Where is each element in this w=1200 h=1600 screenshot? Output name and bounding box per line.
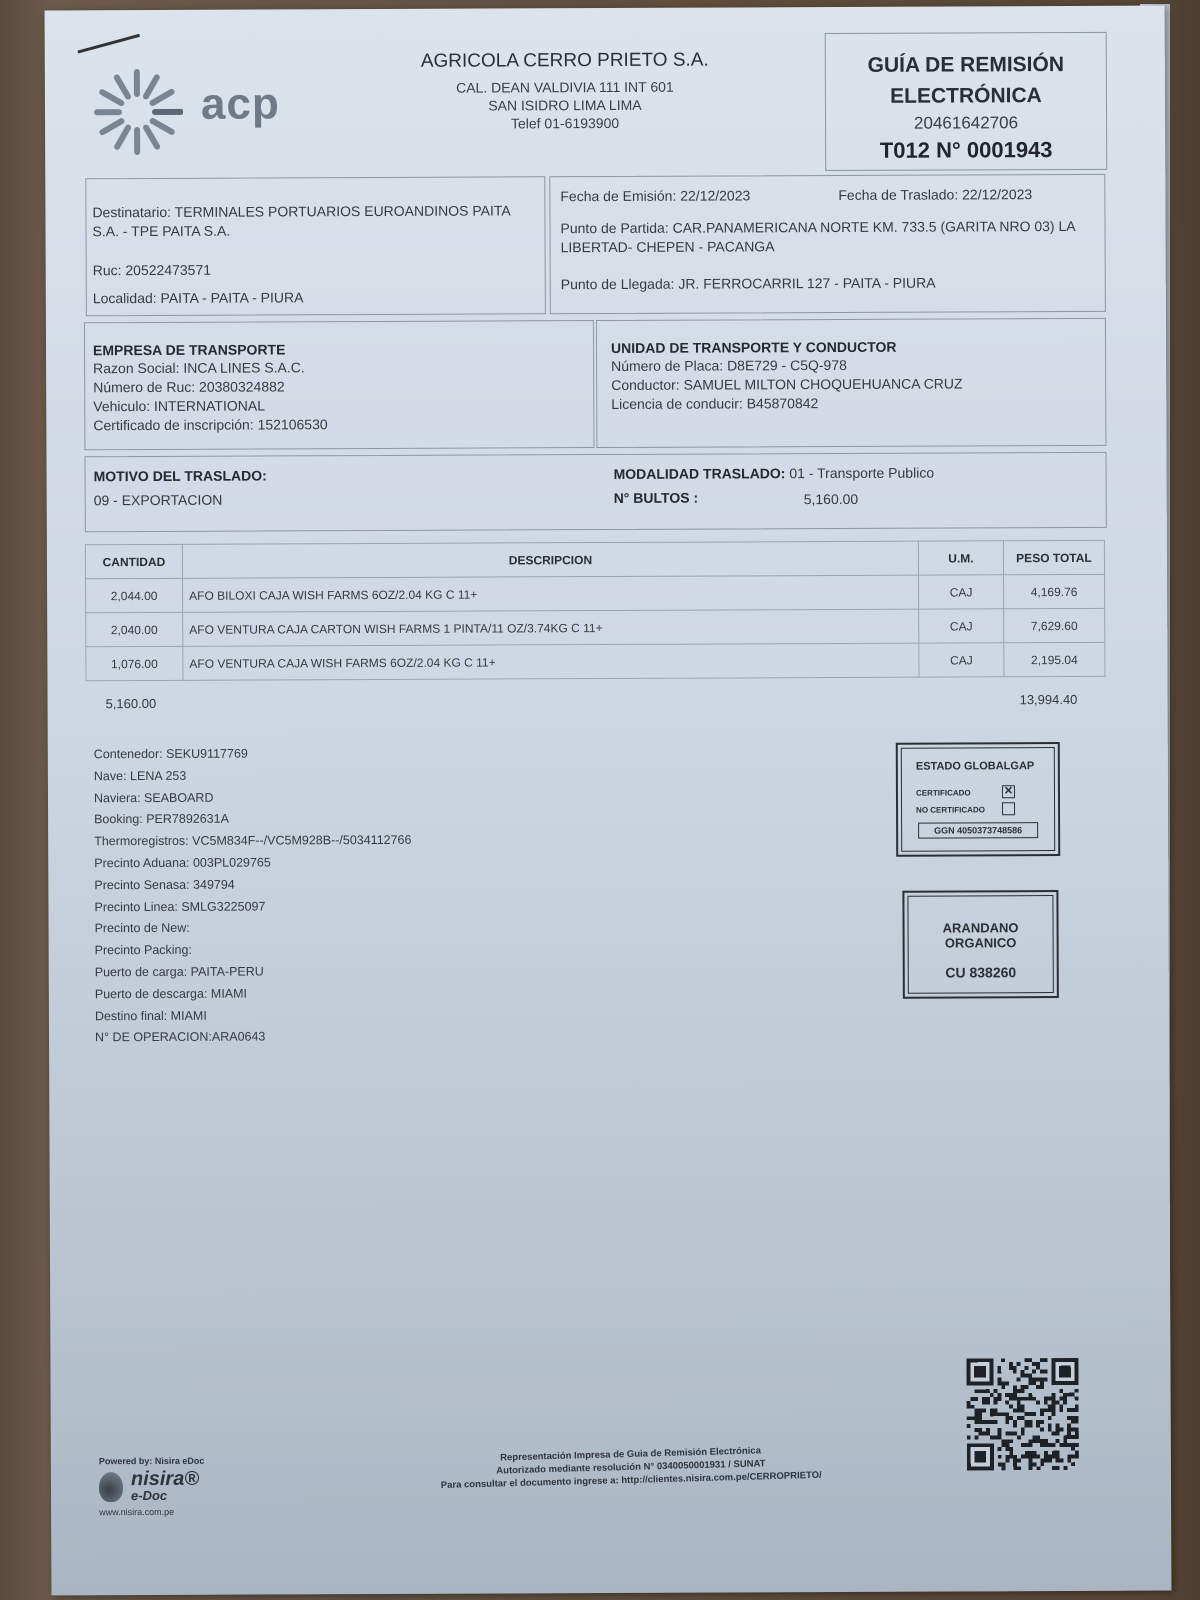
header-descripcion: DESCRIPCION	[182, 541, 918, 578]
vehiculo: Vehiculo: INTERNATIONAL	[93, 396, 327, 416]
traslado-value: 22/12/2023	[962, 186, 1032, 202]
razon-social: Razon Social: INCA LINES S.A.C.	[93, 358, 327, 378]
sunburst-logo-icon	[91, 66, 183, 158]
recipient-localidad: Localidad: PAITA - PAITA - PIURA	[93, 288, 304, 308]
company-logo: acp	[91, 65, 291, 156]
numero-ruc: Número de Ruc: 20380324882	[93, 377, 327, 397]
shipping-detail-line: Precinto Linea: SMLG3225097	[94, 895, 411, 918]
header-cantidad: CANTIDAD	[85, 544, 182, 578]
globalgap-title: ESTADO GLOBALGAP	[916, 760, 1034, 773]
conductor: Conductor: SAMUEL MILTON CHOQUEHUANCA CR…	[611, 374, 962, 395]
certificado-inscripcion: Certificado de inscripción: 152106530	[93, 415, 327, 435]
remission-guide-document: acp AGRICOLA CERRO PRIETO S.A. CAL. DEAN…	[45, 6, 1172, 1596]
guide-title-2: ELECTRÓNICA	[826, 80, 1106, 112]
emision-label: Fecha de Emisión:	[560, 188, 676, 205]
ruc-value: 20522473571	[125, 262, 211, 278]
shipping-detail-line: Nave: LENA 253	[94, 765, 411, 788]
cell-descripcion: AFO VENTURA CAJA WISH FARMS 6OZ/2.04 KG …	[183, 643, 919, 680]
nisira-brand: nisira®	[131, 1470, 205, 1488]
numero-placa: Número de Placa: D8E729 - C5Q-978	[611, 355, 962, 376]
destinatario-label: Destinatario:	[92, 204, 171, 220]
shipping-detail-line: Precinto Aduana: 003PL029765	[94, 852, 411, 875]
recipient-box: Destinatario: TERMINALES PORTUARIOS EURO…	[85, 176, 546, 316]
transport-company-lines: Razon Social: INCA LINES S.A.C. Número d…	[93, 358, 328, 435]
partida-label: Punto de Partida:	[560, 220, 668, 236]
total-peso: 13,994.40	[1020, 692, 1078, 707]
emision-value: 22/12/2023	[680, 187, 750, 203]
fecha-emision: Fecha de Emisión: 22/12/2023	[560, 186, 750, 206]
cell-descripcion: AFO BILOXI CAJA WISH FARMS 6OZ/2.04 KG C…	[183, 575, 919, 612]
guide-id-box: GUÍA DE REMISIÓN ELECTRÓNICA 20461642706…	[825, 32, 1108, 171]
cell-cantidad: 2,044.00	[86, 578, 183, 612]
certificado-checkbox: ✕	[1002, 785, 1015, 798]
punto-llegada: Punto de Llegada: JR. FERROCARRIL 127 - …	[561, 274, 936, 295]
nisira-edoc: e-Doc	[131, 1488, 205, 1503]
cell-cantidad: 1,076.00	[86, 646, 183, 680]
guide-number: T012 N° 0001943	[826, 137, 1106, 164]
table-row: 2,040.00AFO VENTURA CAJA CARTON WISH FAR…	[86, 608, 1105, 646]
no-certificado-checkbox	[1002, 802, 1015, 815]
transport-company-title: EMPRESA DE TRANSPORTE	[93, 340, 285, 360]
cell-descripcion: AFO VENTURA CAJA CARTON WISH FARMS 1 PIN…	[183, 609, 919, 646]
motivo-label: MOTIVO DEL TRASLADO:	[94, 466, 267, 486]
modalidad-value: 01 - Transporte Publico	[789, 465, 934, 482]
transport-unit-lines: Número de Placa: D8E729 - C5Q-978 Conduc…	[611, 355, 963, 414]
items-table: CANTIDAD DESCRIPCION U.M. PESO TOTAL 2,0…	[85, 540, 1106, 681]
no-certificado-label: NO CERTIFICADO	[916, 805, 985, 814]
recipient-ruc: Ruc: 20522473571	[93, 261, 211, 281]
shipping-detail-line: Thermoregistros: VC5M834F--/VC5M928B--/5…	[94, 830, 411, 853]
globalgap-status-box: ESTADO GLOBALGAP CERTIFICADO ✕ NO CERTIF…	[896, 742, 1060, 857]
llegada-value: JR. FERROCARRIL 127 - PAITA - PIURA	[678, 275, 935, 292]
shipping-detail-line: Precinto Senasa: 349794	[94, 874, 411, 897]
shipping-detail-line: Puerto de descarga: MIAMI	[95, 983, 412, 1006]
punto-partida: Punto de Partida: CAR.PANAMERICANA NORTE…	[560, 217, 1096, 257]
total-cantidad: 5,160.00	[106, 696, 157, 711]
ruc-label: Ruc:	[93, 262, 122, 278]
logo-text: acp	[201, 79, 280, 129]
llegada-label: Punto de Llegada:	[561, 276, 675, 292]
shipping-detail-line: Naviera: SEABOARD	[94, 786, 411, 809]
qr-code-icon	[966, 1358, 1078, 1470]
motivo-value: 09 - EXPORTACION	[94, 491, 223, 511]
shipping-detail-line: Precinto Packing:	[95, 939, 412, 962]
dates-box: Fecha de Emisión: 22/12/2023 Fecha de Tr…	[549, 174, 1106, 314]
bultos-value: 5,160.00	[804, 490, 859, 509]
company-address-2: SAN ISIDRO LIMA LIMA	[375, 95, 755, 115]
header-um: U.M.	[918, 541, 1003, 575]
guide-title-1: GUÍA DE REMISIÓN	[826, 49, 1106, 81]
transport-unit-box: UNIDAD DE TRANSPORTE Y CONDUCTOR Número …	[596, 318, 1107, 448]
transfer-box: MOTIVO DEL TRASLADO: 09 - EXPORTACION MO…	[84, 452, 1106, 532]
organic-title: ARANDANO ORGANICO	[909, 920, 1053, 951]
certificado-label: CERTIFICADO	[916, 788, 971, 797]
organic-code: CU 838260	[909, 964, 1053, 981]
pen-mark	[77, 34, 140, 54]
modalidad: MODALIDAD TRASLADO: 01 - Transporte Publ…	[614, 464, 935, 484]
legal-footer: Representación Impresa de Guia de Remisi…	[410, 1442, 851, 1493]
cell-peso: 2,195.04	[1004, 642, 1105, 676]
shipping-detail-line: Booking: PER7892631A	[94, 808, 411, 831]
guide-ruc: 20461642706	[826, 113, 1106, 134]
licencia: Licencia de conducir: B45870842	[611, 393, 962, 414]
cell-um: CAJ	[919, 575, 1004, 609]
company-phone: Telef 01-6193900	[375, 113, 755, 133]
bultos-label: N° BULTOS :	[614, 489, 699, 508]
table-row: 2,044.00AFO BILOXI CAJA WISH FARMS 6OZ/2…	[86, 574, 1105, 612]
header-peso: PESO TOTAL	[1003, 540, 1104, 574]
cell-peso: 7,629.60	[1004, 608, 1105, 642]
items-header-row: CANTIDAD DESCRIPCION U.M. PESO TOTAL	[85, 540, 1104, 578]
modalidad-label: MODALIDAD TRASLADO:	[614, 465, 786, 482]
shipping-details: Contenedor: SEKU9117769Nave: LENA 253Nav…	[94, 743, 413, 1050]
shipping-detail-line: Destino final: MIAMI	[95, 1004, 412, 1027]
cell-um: CAJ	[919, 643, 1004, 677]
fecha-traslado: Fecha de Traslado: 22/12/2023	[838, 185, 1032, 205]
cell-peso: 4,169.76	[1004, 574, 1105, 608]
localidad-value: PAITA - PAITA - PIURA	[160, 289, 303, 306]
nisira-branding: Powered by: Nisira eDoc nisira® e-Doc ww…	[99, 1456, 205, 1517]
localidad-label: Localidad:	[93, 290, 157, 306]
traslado-label: Fecha de Traslado:	[838, 186, 958, 203]
organic-stamp: ARANDANO ORGANICO CU 838260	[902, 890, 1058, 999]
shipping-detail-line: Contenedor: SEKU9117769	[94, 743, 411, 766]
recipient-destinatario: Destinatario: TERMINALES PORTUARIOS EURO…	[92, 201, 538, 241]
cell-cantidad: 2,040.00	[86, 612, 183, 646]
ggn-number: GGN 4050373748586	[918, 822, 1038, 839]
transport-company-box: EMPRESA DE TRANSPORTE Razon Social: INCA…	[84, 320, 595, 450]
shipping-detail-line: N° DE OPERACION:ARA0643	[95, 1026, 412, 1049]
nisira-drop-logo-icon	[99, 1472, 123, 1502]
company-address-1: CAL. DEAN VALDIVIA 111 INT 601	[375, 77, 755, 97]
powered-by: Powered by: Nisira eDoc	[99, 1456, 205, 1466]
company-name: AGRICOLA CERRO PRIETO S.A.	[375, 49, 755, 73]
company-header: AGRICOLA CERRO PRIETO S.A. CAL. DEAN VAL…	[375, 49, 755, 133]
table-row: 1,076.00AFO VENTURA CAJA WISH FARMS 6OZ/…	[86, 642, 1105, 680]
shipping-detail-line: Precinto de New:	[95, 917, 412, 940]
cell-um: CAJ	[919, 609, 1004, 643]
shipping-detail-line: Puerto de carga: PAITA-PERU	[95, 961, 412, 984]
nisira-website: www.nisira.com.pe	[99, 1507, 205, 1517]
